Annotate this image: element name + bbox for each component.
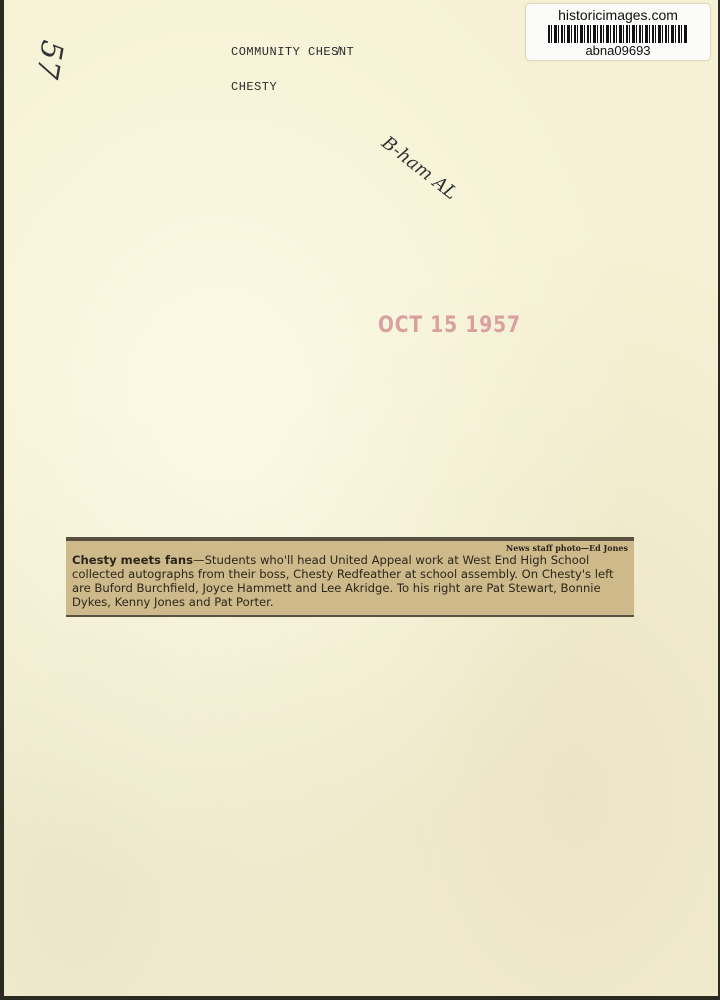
label-code: abna09693 <box>526 43 710 58</box>
date-stamp: OCT 15 1957 <box>378 313 521 338</box>
label-site: historicimages.com <box>526 7 710 23</box>
archive-label: historicimages.com abna09693 <box>526 4 710 60</box>
barcode-icon <box>548 25 688 43</box>
typed-name-line: CHESTY <box>231 80 277 94</box>
newspaper-clipping: News staff photo—Ed Jones Chesty meets f… <box>66 537 634 617</box>
typed-subject-line: COMMUNITY CHES̸NT <box>231 45 354 59</box>
handwritten-number: 57 <box>29 38 70 82</box>
handwritten-location: B-ham AL <box>378 132 462 204</box>
photo-back-paper: historicimages.com abna09693 COMMUNITY C… <box>4 0 718 996</box>
caption-text: Chesty meets fans—Students who'll head U… <box>72 553 628 609</box>
photo-credit: News staff photo—Ed Jones <box>72 543 628 553</box>
caption-headline: Chesty meets fans <box>72 553 193 567</box>
